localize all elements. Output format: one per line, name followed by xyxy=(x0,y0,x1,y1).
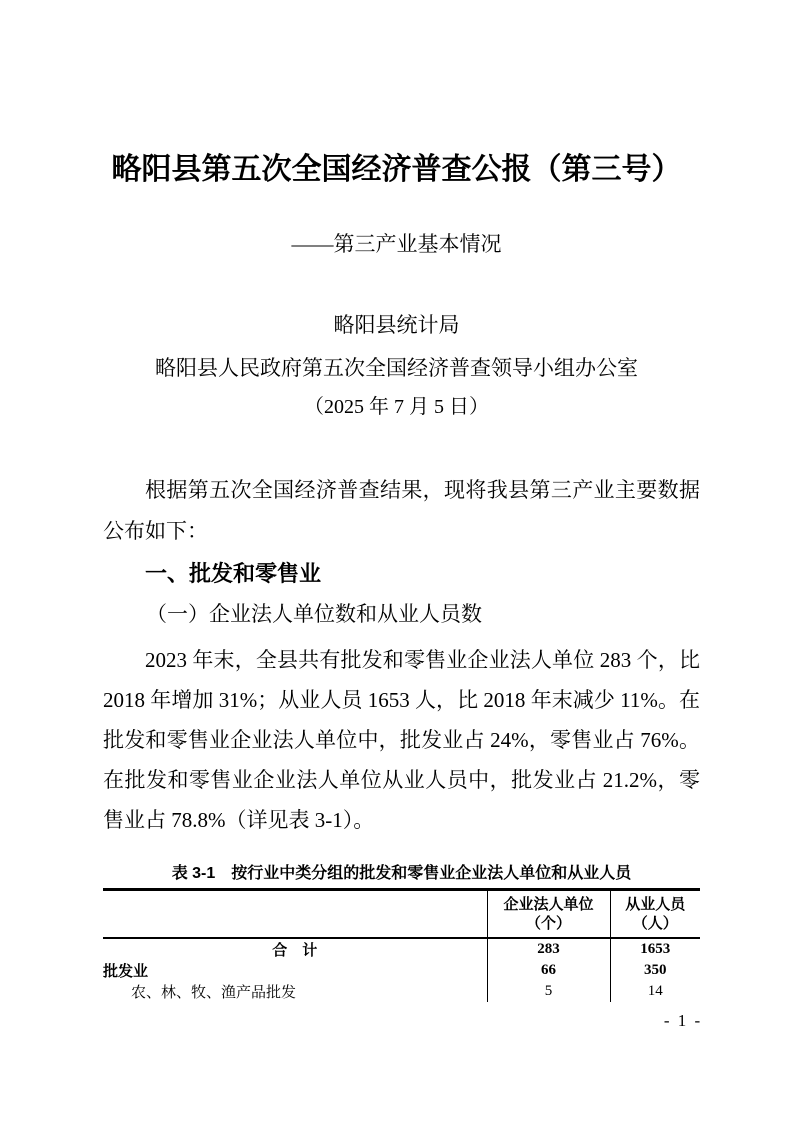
table-row-total: 合 计 283 1653 xyxy=(103,938,700,960)
page-number: - 1 - xyxy=(648,1010,718,1032)
units-value: 5 xyxy=(487,981,610,1002)
stats-table: 企业法人单位 （个） 从业人员 （人） 合 计 283 1653 批发业 66 … xyxy=(103,888,700,1002)
persons-value: 14 xyxy=(610,981,700,1002)
document-subtitle: ——第三产业基本情况 xyxy=(0,229,793,259)
table-header-row: 企业法人单位 （个） 从业人员 （人） xyxy=(103,890,700,939)
paragraph-line-5: 售业占 78.8%（详见表 3-1）。 xyxy=(103,800,700,840)
section-1-paragraph: 2023 年末，全县共有批发和零售业企业法人单位 283 个，比 2018 年增… xyxy=(103,640,700,840)
table-header-units: 企业法人单位 （个） xyxy=(487,890,610,939)
table-header-units-line1: 企业法人单位 xyxy=(488,895,610,914)
publish-date: （2025 年 7 月 5 日） xyxy=(0,393,793,421)
intro-paragraph: 根据第五次全国经济普查结果，现将我县第三产业主要数据 公布如下： xyxy=(103,470,700,552)
table-row-agri-wholesale: 农、林、牧、渔产品批发 5 14 xyxy=(103,981,700,1002)
document-page: 略阳县第五次全国经济普查公报（第三号） ——第三产业基本情况 略阳县统计局 略阳… xyxy=(0,0,793,1122)
table-row-wholesale: 批发业 66 350 xyxy=(103,960,700,981)
publisher-line-1: 略阳县统计局 xyxy=(0,310,793,340)
table-header-persons: 从业人员 （人） xyxy=(610,890,700,939)
paragraph-line-4: 在批发和零售业企业法人单位从业人员中，批发业占 21.2%，零 xyxy=(103,760,700,800)
persons-value: 350 xyxy=(610,960,700,981)
row-label: 批发业 xyxy=(103,960,487,981)
table-header-persons-line1: 从业人员 xyxy=(611,895,701,914)
units-value: 66 xyxy=(487,960,610,981)
table-caption: 表 3-1 按行业中类分组的批发和零售业企业法人单位和从业人员 xyxy=(103,864,700,884)
table-header-category xyxy=(103,890,487,939)
table-header-persons-line2: （人） xyxy=(611,914,701,933)
paragraph-line-2: 2018 年增加 31%；从业人员 1653 人，比 2018 年末减少 11%… xyxy=(103,680,700,720)
row-label: 合 计 xyxy=(103,938,487,960)
section-1-heading: 一、批发和零售业 xyxy=(145,560,321,588)
table-header-units-line2: （个） xyxy=(488,914,610,933)
document-title: 略阳县第五次全国经济普查公报（第三号） xyxy=(0,148,793,192)
paragraph-line-1: 2023 年末，全县共有批发和零售业企业法人单位 283 个，比 xyxy=(103,640,700,680)
publisher-line-2: 略阳县人民政府第五次全国经济普查领导小组办公室 xyxy=(0,353,793,383)
paragraph-line-3: 批发和零售业企业法人单位中，批发业占 24%，零售业占 76%。 xyxy=(103,720,700,760)
units-value: 283 xyxy=(487,938,610,960)
intro-line-1: 根据第五次全国经济普查结果，现将我县第三产业主要数据 xyxy=(103,470,700,511)
intro-line-2: 公布如下： xyxy=(103,511,700,552)
row-label: 农、林、牧、渔产品批发 xyxy=(103,981,487,1002)
persons-value: 1653 xyxy=(610,938,700,960)
section-1-subheading: （一）企业法人单位数和从业人员数 xyxy=(146,600,482,628)
